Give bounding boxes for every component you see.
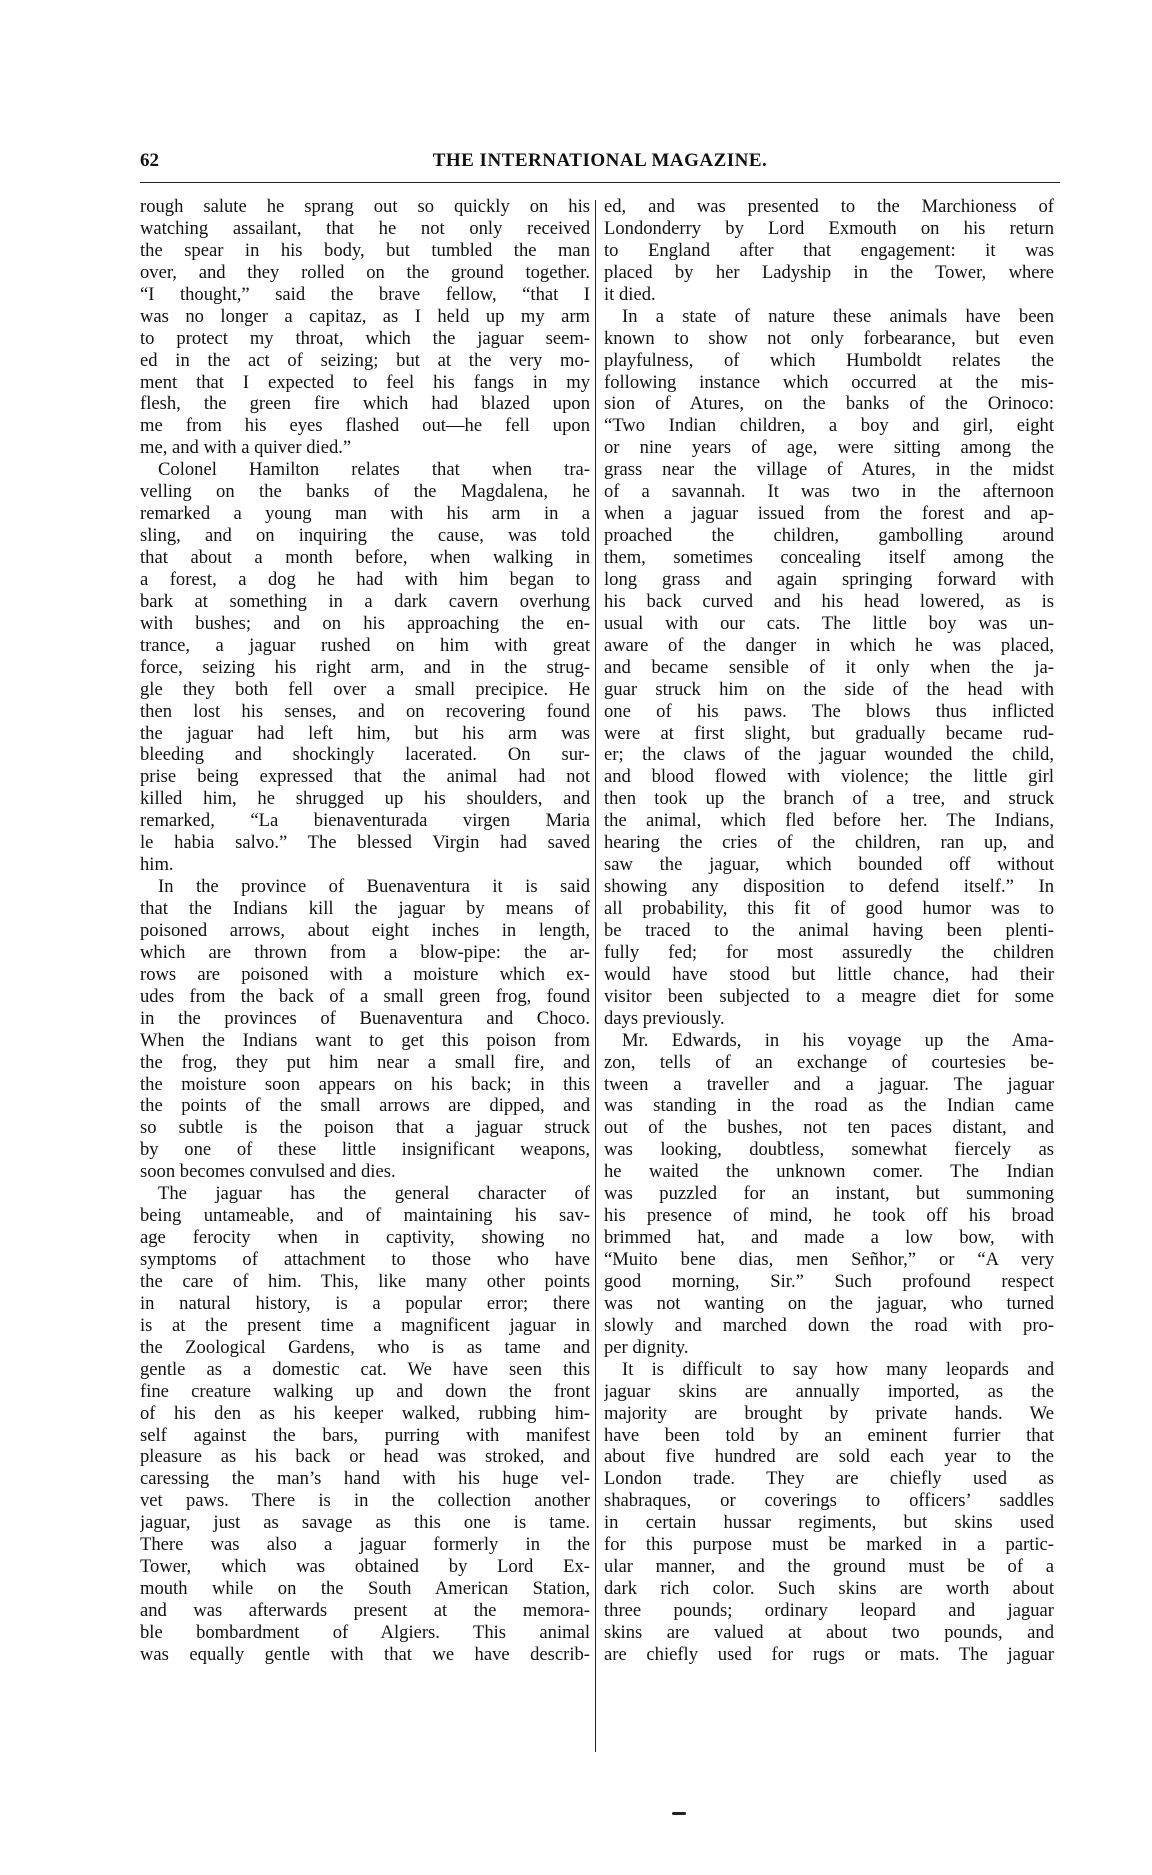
text-line: he waited the unknown comer. The Indian <box>604 1161 1054 1183</box>
text-line: was equally gentle with that we have des… <box>140 1644 590 1666</box>
text-line: jaguar, just as savage as this one is ta… <box>140 1512 590 1534</box>
text-line: fine creature walking up and down the fr… <box>140 1381 590 1403</box>
text-line: ular manner, and the ground must be of a <box>604 1556 1054 1578</box>
left-column: rough salute he sprang out so quickly on… <box>140 196 590 1666</box>
text-line: velling on the banks of the Magdalena, h… <box>140 481 590 503</box>
text-line: gle they both fell over a small precipic… <box>140 679 590 701</box>
text-line: and became sensible of it only when the … <box>604 657 1054 679</box>
text-line: When the Indians want to get this poison… <box>140 1030 590 1052</box>
text-line: aware of the danger in which he was plac… <box>604 635 1054 657</box>
page-header: 62 THE INTERNATIONAL MAGAZINE. <box>140 150 1060 176</box>
text-line: Londonderry by Lord Exmouth on his retur… <box>604 218 1054 240</box>
print-mark <box>672 1812 686 1815</box>
text-line: bark at something in a dark cavern overh… <box>140 591 590 613</box>
text-line: showing any disposition to defend itself… <box>604 876 1054 898</box>
text-line: force, seizing his right arm, and in the… <box>140 657 590 679</box>
text-line: and was afterwards present at the memora… <box>140 1600 590 1622</box>
text-line: It is difficult to say how many leopards… <box>604 1359 1054 1381</box>
text-line: watching assailant, that he not only rec… <box>140 218 590 240</box>
text-line: grass near the village of Atures, in the… <box>604 459 1054 481</box>
text-line: “Muito bene dias, men Señhor,” or “A ver… <box>604 1249 1054 1271</box>
text-line: There was also a jaguar formerly in the <box>140 1534 590 1556</box>
text-line: slowly and marched down the road with pr… <box>604 1315 1054 1337</box>
text-line: long grass and again springing forward w… <box>604 569 1054 591</box>
text-line: the frog, they put him near a small fire… <box>140 1052 590 1074</box>
text-line: flesh, the green fire which had blazed u… <box>140 393 590 415</box>
text-line: placed by her Ladyship in the Tower, whe… <box>604 262 1054 284</box>
text-line: was looking, doubtless, somewhat fiercel… <box>604 1139 1054 1161</box>
text-line: per dignity. <box>604 1337 1054 1359</box>
text-line: self against the bars, purring with mani… <box>140 1425 590 1447</box>
text-line: that the Indians kill the jaguar by mean… <box>140 898 590 920</box>
text-line: poisoned arrows, about eight inches in l… <box>140 920 590 942</box>
text-line: er; the claws of the jaguar wounded the … <box>604 744 1054 766</box>
text-line: hearing the cries of the children, ran u… <box>604 832 1054 854</box>
text-line: trance, a jaguar rushed on him with grea… <box>140 635 590 657</box>
text-line: the jaguar had left him, but his arm was <box>140 723 590 745</box>
text-line: guar struck him on the side of the head … <box>604 679 1054 701</box>
text-line: with bushes; and on his approaching the … <box>140 613 590 635</box>
text-line: remarked, “La bienaventurada virgen Mari… <box>140 810 590 832</box>
text-line: to England after that engagement: it was <box>604 240 1054 262</box>
text-line: visitor been subjected to a meagre diet … <box>604 986 1054 1008</box>
text-line: was not wanting on the jaguar, who turne… <box>604 1293 1054 1315</box>
text-line: usual with our cats. The little boy was … <box>604 613 1054 635</box>
text-line: about five hundred are sold each year to… <box>604 1446 1054 1468</box>
text-line: London trade. They are chiefly used as <box>604 1468 1054 1490</box>
text-line: bleeding and shockingly lacerated. On su… <box>140 744 590 766</box>
text-line: being untameable, and of maintaining his… <box>140 1205 590 1227</box>
text-line: killed him, he shrugged up his shoulders… <box>140 788 590 810</box>
right-column: ed, and was presented to the Marchioness… <box>604 196 1054 1666</box>
text-line: the care of him. This, like many other p… <box>140 1271 590 1293</box>
text-line: and blood flowed with violence; the litt… <box>604 766 1054 788</box>
text-line: prise being expressed that the animal ha… <box>140 766 590 788</box>
text-line: when a jaguar issued from the forest and… <box>604 503 1054 525</box>
header-rule <box>140 182 1060 183</box>
text-line: brimmed hat, and made a low bow, with <box>604 1227 1054 1249</box>
text-line: then lost his senses, and on recovering … <box>140 701 590 723</box>
text-line: mouth while on the South American Statio… <box>140 1578 590 1600</box>
text-line: jaguar skins are annually imported, as t… <box>604 1381 1054 1403</box>
text-line: Colonel Hamilton relates that when tra- <box>140 459 590 481</box>
text-line: In the province of Buenaventura it is sa… <box>140 876 590 898</box>
text-line: rows are poisoned with a moisture which … <box>140 964 590 986</box>
text-line: vet paws. There is in the collection ano… <box>140 1490 590 1512</box>
text-line: or nine years of age, were sitting among… <box>604 437 1054 459</box>
text-line: remarked a young man with his arm in a <box>140 503 590 525</box>
text-line: caressing the man’s hand with his huge v… <box>140 1468 590 1490</box>
text-line: was no longer a capitaz, as I held up my… <box>140 306 590 328</box>
text-line: ed in the act of seizing; but at the ver… <box>140 350 590 372</box>
text-line: was standing in the road as the Indian c… <box>604 1095 1054 1117</box>
text-line: saw the jaguar, which bounded off withou… <box>604 854 1054 876</box>
text-line: In a state of nature these animals have … <box>604 306 1054 328</box>
text-line: shabraques, or coverings to officers’ sa… <box>604 1490 1054 1512</box>
text-line: one of his paws. The blows thus inflicte… <box>604 701 1054 723</box>
text-line: gentle as a domestic cat. We have seen t… <box>140 1359 590 1381</box>
text-line: the points of the small arrows are dippe… <box>140 1095 590 1117</box>
text-line: then took up the branch of a tree, and s… <box>604 788 1054 810</box>
text-line: days previously. <box>604 1008 1054 1030</box>
text-line: all probability, this fit of good humor … <box>604 898 1054 920</box>
text-line: udes from the back of a small green frog… <box>140 986 590 1008</box>
text-line: sling, and on inquiring the cause, was t… <box>140 525 590 547</box>
text-line: the spear in his body, but tumbled the m… <box>140 240 590 262</box>
text-line: ment that I expected to feel his fangs i… <box>140 372 590 394</box>
text-line: was puzzled for an instant, but summonin… <box>604 1183 1054 1205</box>
text-line: which are thrown from a blow-pipe: the a… <box>140 942 590 964</box>
text-line: ed, and was presented to the Marchioness… <box>604 196 1054 218</box>
text-line: the Zoological Gardens, who is as tame a… <box>140 1337 590 1359</box>
text-line: the animal, which fled before her. The I… <box>604 810 1054 832</box>
text-line: pleasure as his back or head was stroked… <box>140 1446 590 1468</box>
text-line: “I thought,” said the brave fellow, “tha… <box>140 284 590 306</box>
text-line: playfulness, of which Humboldt relates t… <box>604 350 1054 372</box>
text-line: to protect my throat, which the jaguar s… <box>140 328 590 350</box>
running-title: THE INTERNATIONAL MAGAZINE. <box>140 150 1060 172</box>
text-line: zon, tells of an exchange of courtesies … <box>604 1052 1054 1074</box>
text-line: is at the present time a magnificent jag… <box>140 1315 590 1337</box>
text-line: le habia salvo.” The blessed Virgin had … <box>140 832 590 854</box>
text-line: good morning, Sir.” Such profound respec… <box>604 1271 1054 1293</box>
text-line: over, and they rolled on the ground toge… <box>140 262 590 284</box>
text-line: them, sometimes concealing itself among … <box>604 547 1054 569</box>
text-line: it died. <box>604 284 1054 306</box>
text-line: ble bombardment of Algiers. This animal <box>140 1622 590 1644</box>
text-line: are chiefly used for rugs or mats. The j… <box>604 1644 1054 1666</box>
text-line: proached the children, gambolling around <box>604 525 1054 547</box>
text-line: me from his eyes flashed out—he fell upo… <box>140 415 590 437</box>
text-line: skins are valued at about two pounds, an… <box>604 1622 1054 1644</box>
text-line: that about a month before, when walking … <box>140 547 590 569</box>
column-divider <box>595 200 596 1752</box>
text-line: rough salute he sprang out so quickly on… <box>140 196 590 218</box>
text-line: be traced to the animal having been plen… <box>604 920 1054 942</box>
text-line: for this purpose must be marked in a par… <box>604 1534 1054 1556</box>
text-line: so subtle is the poison that a jaguar st… <box>140 1117 590 1139</box>
text-line: a forest, a dog he had with him began to <box>140 569 590 591</box>
text-line: dark rich color. Such skins are worth ab… <box>604 1578 1054 1600</box>
text-line: majority are brought by private hands. W… <box>604 1403 1054 1425</box>
text-line: me, and with a quiver died.” <box>140 437 590 459</box>
text-line: tween a traveller and a jaguar. The jagu… <box>604 1074 1054 1096</box>
text-line: fully fed; for most assuredly the childr… <box>604 942 1054 964</box>
text-line: “Two Indian children, a boy and girl, ei… <box>604 415 1054 437</box>
text-line: following instance which occurred at the… <box>604 372 1054 394</box>
text-line: in the provinces of Buenaventura and Cho… <box>140 1008 590 1030</box>
text-line: Mr. Edwards, in his voyage up the Ama- <box>604 1030 1054 1052</box>
text-line: out of the bushes, not ten paces distant… <box>604 1117 1054 1139</box>
text-line: in certain hussar regiments, but skins u… <box>604 1512 1054 1534</box>
text-line: in natural history, is a popular error; … <box>140 1293 590 1315</box>
text-line: the moisture soon appears on his back; i… <box>140 1074 590 1096</box>
text-line: The jaguar has the general character of <box>140 1183 590 1205</box>
text-line: him. <box>140 854 590 876</box>
text-line: by one of these little insignificant wea… <box>140 1139 590 1161</box>
text-line: were at first slight, but gradually beca… <box>604 723 1054 745</box>
text-line: his back curved and his head lowered, as… <box>604 591 1054 613</box>
text-line: of his den as his keeper walked, rubbing… <box>140 1403 590 1425</box>
text-line: soon becomes convulsed and dies. <box>140 1161 590 1183</box>
text-line: Tower, which was obtained by Lord Ex- <box>140 1556 590 1578</box>
text-line: of a savannah. It was two in the afterno… <box>604 481 1054 503</box>
text-line: sion of Atures, on the banks of the Orin… <box>604 393 1054 415</box>
text-line: have been told by an eminent furrier tha… <box>604 1425 1054 1447</box>
text-line: age ferocity when in captivity, showing … <box>140 1227 590 1249</box>
text-line: his presence of mind, he took off his br… <box>604 1205 1054 1227</box>
text-line: symptoms of attachment to those who have <box>140 1249 590 1271</box>
text-line: three pounds; ordinary leopard and jagua… <box>604 1600 1054 1622</box>
text-line: known to show not only forbearance, but … <box>604 328 1054 350</box>
text-line: would have stood but little chance, had … <box>604 964 1054 986</box>
